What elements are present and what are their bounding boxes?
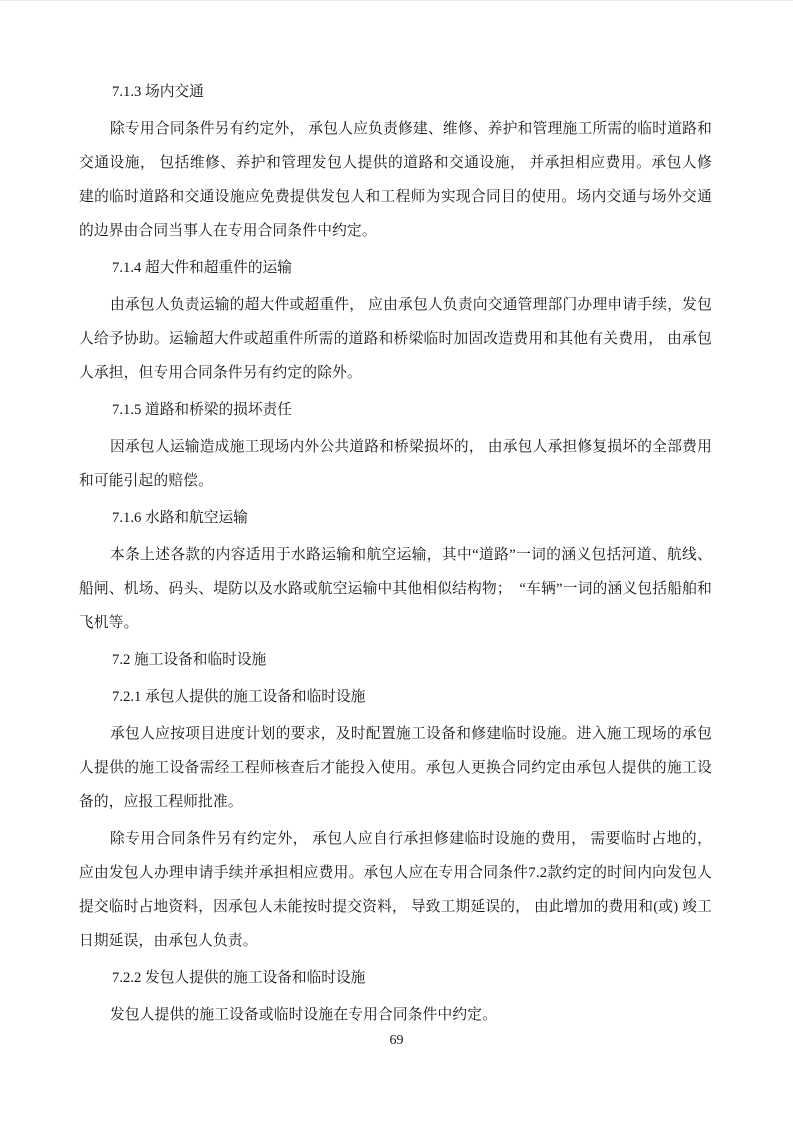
- paragraph-road-bridge-damage: 因承包人运输造成施工现场内外公共道路和桥梁损坏的， 由承包人承担修复损坏的全部费…: [79, 430, 712, 498]
- document-page: 7.1.3 场内交通 除专用合同条件另有约定外， 承包人应负责修建、维修、养护和…: [0, 0, 793, 1122]
- page-number: 69: [0, 1031, 793, 1051]
- section-heading-7-1-3: 7.1.3 场内交通: [79, 75, 712, 109]
- paragraph-oversize-transport: 由承包人负责运输的超大件或超重件， 应由承包人负责向交通管理部门办理申请手续，发…: [79, 288, 712, 390]
- paragraph-contractor-equipment-2: 除专用合同条件另有约定外， 承包人应自行承担修建临时设施的费用， 需要临时占地的…: [79, 822, 712, 958]
- section-heading-7-1-5: 7.1.5 道路和桥梁的损坏责任: [79, 393, 712, 427]
- paragraph-water-air-transport: 本条上述各款的内容适用于水路运输和航空运输，其中“道路”一词的涵义包括河道、航线…: [79, 538, 712, 640]
- section-heading-7-2-1: 7.2.1 承包人提供的施工设备和临时设施: [79, 680, 712, 714]
- paragraph-site-traffic: 除专用合同条件另有约定外， 承包人应负责修建、维修、养护和管理施工所需的临时道路…: [79, 112, 712, 248]
- paragraph-employer-equipment: 发包人提供的施工设备或临时设施在专用合同条件中约定。: [79, 998, 712, 1032]
- section-heading-7-1-4: 7.1.4 超大件和超重件的运输: [79, 251, 712, 285]
- paragraph-contractor-equipment-1: 承包人应按项目进度计划的要求，及时配置施工设备和修建临时设施。进入施工现场的承包…: [79, 717, 712, 819]
- section-heading-7-1-6: 7.1.6 水路和航空运输: [79, 501, 712, 535]
- section-heading-7-2: 7.2 施工设备和临时设施: [79, 643, 712, 677]
- section-heading-7-2-2: 7.2.2 发包人提供的施工设备和临时设施: [79, 961, 712, 995]
